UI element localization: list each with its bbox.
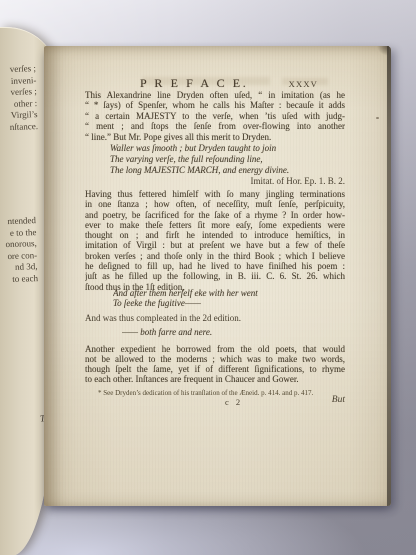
- verse-attribution: Imitat. of Hor. Ep. 1. B. 2.: [85, 176, 363, 186]
- text-line: Another expedient he borrowed from the o…: [85, 344, 345, 354]
- catchword: But: [85, 395, 375, 405]
- paragraph-alexandrine: This Alexandrine line Dryden often uſed,…: [85, 90, 345, 142]
- preface-title: P R E F A C E.: [140, 76, 248, 91]
- text-line: This Alexandrine line Dryden often uſed,…: [85, 90, 345, 100]
- text-line: “ line.” But Mr. Pope gives all this mer…: [85, 132, 345, 142]
- text-line: “ a certain MAJESTY to the verſe, when ’…: [85, 111, 345, 121]
- page-header: P R E F A C E. XXXV: [85, 76, 345, 91]
- verso-text-fragments-upper: verſes ;inveni-verſes ;other :Virgil’snſ…: [0, 63, 38, 134]
- text-line: Having thus fettered himſelf with ſo man…: [85, 189, 345, 199]
- page-number: XXXV: [289, 79, 318, 89]
- verse-quote-farre-nere: —— both farre and nere.: [85, 327, 382, 338]
- text-line: “ * ſays) of Spenſer, whom he calls his …: [85, 100, 345, 110]
- paragraph-fetters: Having thus fettered himſelf with ſo man…: [85, 189, 345, 292]
- text-line: To ſeeke the fugitive——: [113, 298, 373, 308]
- text-line: he deſigned to fill up, had he lived to …: [85, 261, 345, 271]
- paper-speck: [376, 117, 379, 119]
- text-line: to each: [0, 273, 38, 286]
- text-line: Waller was ſmooth ; but Dryden taught to…: [110, 143, 370, 154]
- text-line: though ſpelt the ſame, yet if of differe…: [85, 364, 345, 374]
- page-corner-shadow: [377, 46, 389, 56]
- sentence-2d-edition: And was thus compleated in the 2d editio…: [85, 313, 345, 323]
- text-line: ever to make theſe fetters ſit more eaſy…: [85, 220, 345, 230]
- text-line: “ ment ; and ſtops the ſenſe from over-f…: [85, 121, 345, 131]
- text-line: and poetry, be ſacrificed for the ſake o…: [85, 210, 345, 220]
- text-line: The long MAJESTIC MARCH, and energy divi…: [110, 165, 370, 176]
- verse-quote-waller: Waller was ſmooth ; but Dryden taught to…: [85, 143, 370, 176]
- text-line: And after them herſelf eke with her went: [113, 288, 373, 298]
- page-block-edge: [387, 46, 391, 506]
- recto-page: P R E F A C E. XXXV This Alexandrine lin…: [44, 46, 391, 506]
- book-photo-scene: verſes ;inveni-verſes ;other :Virgil’snſ…: [0, 0, 416, 555]
- text-line: broken verſes ; and thoſe only in the th…: [85, 251, 345, 261]
- verso-text-fragments-lower: ntendede to theonorous,ore con-nd 3d,to …: [0, 215, 38, 286]
- text-line: The varying verſe, the full reſounding l…: [110, 154, 370, 165]
- text-line: —— both farre and nere.: [122, 327, 382, 338]
- text-line: not be allowed to the moderns ; which wa…: [85, 354, 345, 364]
- text-line: thought on ; and firſt he intended to in…: [85, 230, 345, 240]
- text-line: imitation of Virgil : but at preſent we …: [85, 240, 345, 250]
- paragraph-old-poets: Another expedient he borrowed from the o…: [85, 344, 345, 384]
- text-line: nſtance.: [0, 121, 38, 134]
- verse-quote-fugitive: And after them herſelf eke with her went…: [85, 288, 373, 309]
- text-line: to each other. Inſtances are frequent in…: [85, 374, 345, 384]
- text-line: juſt as he filled up the following, in B…: [85, 271, 345, 281]
- text-line: in one ſtanza ; how often, of neceſſity,…: [85, 199, 345, 209]
- text-column: P R E F A C E. XXXV This Alexandrine lin…: [85, 46, 345, 506]
